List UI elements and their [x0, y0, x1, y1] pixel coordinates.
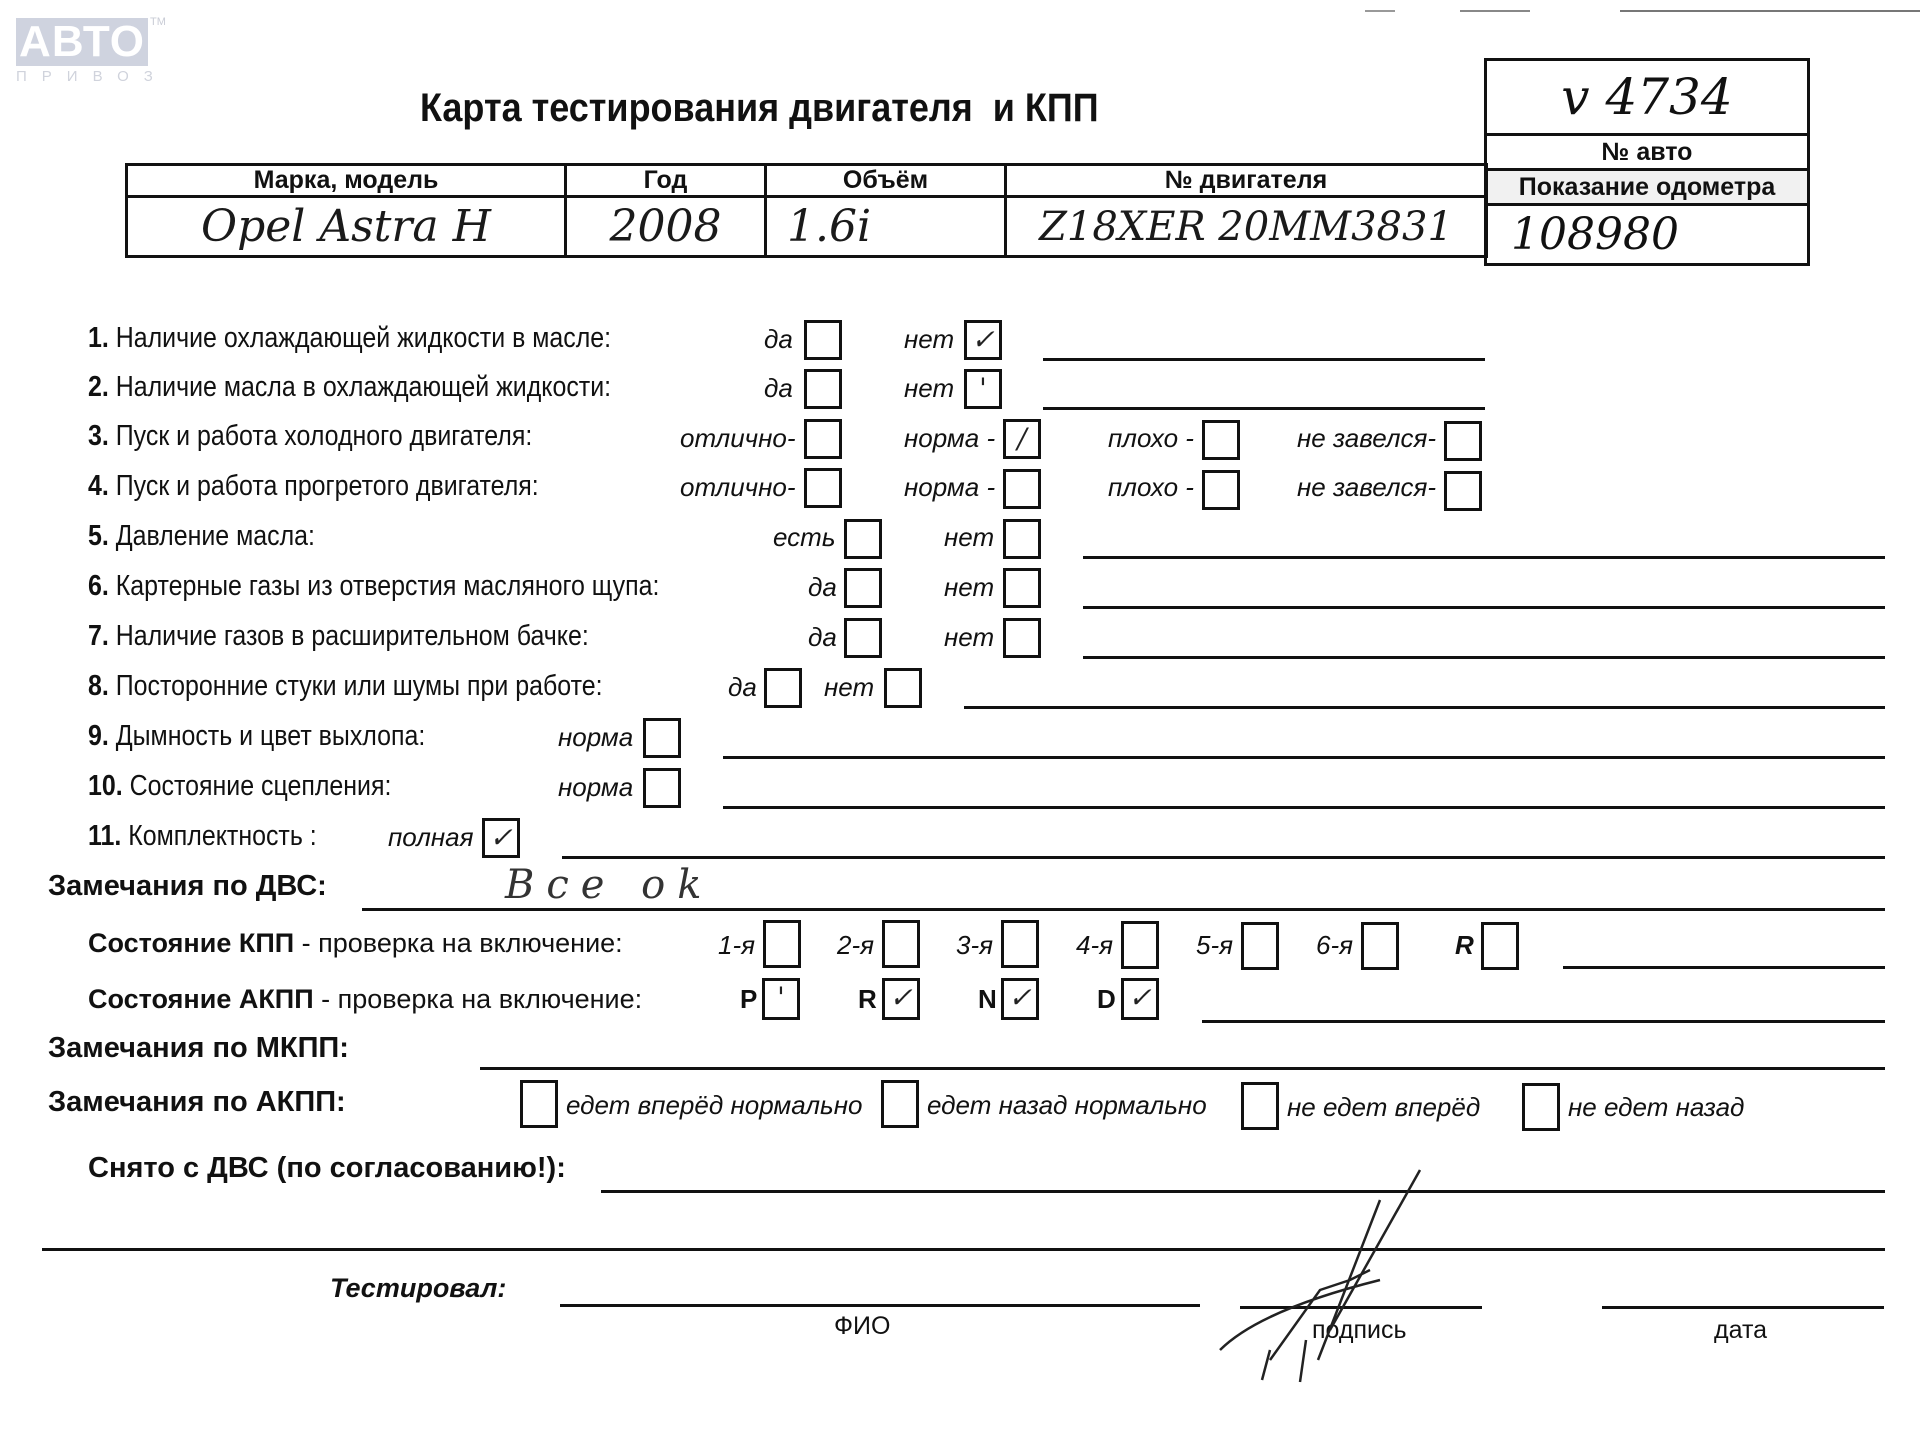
gear-p-label: P — [740, 984, 757, 1015]
question-4: 4. Пуск и работа прогретого двигателя: — [88, 470, 539, 503]
gear-n-checkbox[interactable]: ✓ — [1001, 978, 1039, 1020]
q11-option-complete-label: полная — [388, 822, 474, 853]
manual-gearbox-comment-line[interactable] — [1563, 966, 1885, 969]
tester-name-caption: ФИО — [834, 1312, 890, 1341]
akpp-reverse-ok-checkbox[interactable] — [881, 1080, 919, 1128]
q5-no-checkbox[interactable] — [1003, 519, 1041, 559]
auto-number-label: № авто — [1487, 136, 1807, 171]
q6-option-yes-label: да — [808, 572, 837, 603]
q4-option-excellent-label: отлично- — [680, 472, 796, 503]
q7-comment-line[interactable] — [1083, 656, 1885, 659]
akpp-no-forward-checkbox[interactable] — [1241, 1082, 1279, 1130]
akpp-reverse-ok-label: едет назад нормально — [927, 1090, 1207, 1121]
q2-no-checkbox[interactable]: ' — [964, 369, 1002, 409]
q1-option-no-label: нет — [904, 324, 954, 355]
scan-artifact — [1365, 10, 1395, 12]
engine-remarks-label: Замечания по ДВС: — [48, 870, 327, 903]
odometer-label: Показание одометра — [1487, 171, 1807, 206]
logo-trademark: TM — [150, 16, 166, 28]
q5-option-yes-label: есть — [773, 522, 836, 553]
q8-no-checkbox[interactable] — [884, 668, 922, 708]
q6-no-checkbox[interactable] — [1003, 568, 1041, 608]
akpp-forward-ok-label: едет вперёд нормально — [566, 1090, 862, 1121]
q3-option-not-started-label: не завелся- — [1297, 423, 1436, 454]
akpp-no-reverse-label: не едет назад — [1568, 1092, 1744, 1123]
q11-comment-line[interactable] — [562, 856, 1885, 859]
gear-n-label: N — [978, 984, 997, 1015]
year-value[interactable]: 2008 — [566, 197, 766, 257]
auto-gearbox-label: Состояние АКПП - проверка на включение: — [88, 984, 642, 1015]
autoprivoz-logo: АВТО — [16, 18, 148, 66]
gear-4-checkbox[interactable] — [1121, 921, 1159, 969]
removed-from-engine-label: Снято с ДВС (по согласованию!): — [88, 1152, 566, 1185]
q3-option-excellent-label: отлично- — [680, 423, 796, 454]
question-6: 6. Картерные газы из отверстия масляного… — [88, 570, 659, 603]
question-9: 9. Дымность и цвет выхлопа: — [88, 720, 425, 753]
q7-no-checkbox[interactable] — [1003, 618, 1041, 658]
gear-r-checkbox[interactable]: ✓ — [882, 978, 920, 1020]
logo-subtitle: ПРИВОЗ — [16, 68, 168, 85]
q2-yes-checkbox[interactable] — [804, 369, 842, 409]
q8-yes-checkbox[interactable] — [764, 668, 802, 708]
vehicle-info-table: Марка, модель Год Объём № двигателя Opel… — [125, 163, 1488, 258]
gear-reverse-checkbox[interactable] — [1481, 922, 1519, 970]
question-5: 5. Давление масла: — [88, 520, 315, 553]
q3-option-bad-label: плохо - — [1108, 423, 1194, 454]
date-caption: дата — [1714, 1316, 1767, 1345]
mkpp-remarks-label: Замечания по МКПП: — [48, 1032, 349, 1065]
q7-option-no-label: нет — [944, 622, 994, 653]
odometer-value[interactable]: 108980 — [1487, 206, 1807, 266]
q1-yes-checkbox[interactable] — [804, 320, 842, 360]
engine-remarks-value[interactable]: Все ok — [505, 862, 714, 908]
make-model-value[interactable]: Opel Astra H — [127, 197, 566, 257]
q4-not-started-checkbox[interactable] — [1444, 471, 1482, 511]
date-line[interactable] — [1602, 1306, 1884, 1309]
mkpp-remarks-line[interactable] — [480, 1067, 1885, 1070]
gear-d-checkbox[interactable]: ✓ — [1121, 978, 1159, 1020]
q3-not-started-checkbox[interactable] — [1444, 421, 1482, 461]
q8-option-yes-label: да — [728, 672, 757, 703]
auto-number-value[interactable]: v 4734 — [1487, 61, 1807, 136]
scan-artifact — [1460, 10, 1530, 12]
q7-yes-checkbox[interactable] — [844, 618, 882, 658]
question-3: 3. Пуск и работа холодного двигателя: — [88, 420, 532, 453]
q4-bad-checkbox[interactable] — [1202, 470, 1240, 510]
column-header-engine-number: № двигателя — [1006, 165, 1487, 197]
q1-option-yes-label: да — [764, 324, 793, 355]
q3-normal-checkbox[interactable]: / — [1003, 419, 1041, 459]
q2-option-no-label: нет — [904, 373, 954, 404]
q10-comment-line[interactable] — [723, 806, 1885, 809]
gear-r-label: R — [858, 984, 877, 1015]
engine-number-value[interactable]: Z18XER 20MM3831 — [1006, 197, 1487, 257]
q9-comment-line[interactable] — [723, 756, 1885, 759]
q1-comment-line[interactable] — [1043, 358, 1485, 361]
gear-1-label: 1-я — [718, 930, 755, 961]
q5-comment-line[interactable] — [1083, 556, 1885, 559]
q7-option-yes-label: да — [808, 622, 837, 653]
page-title: Карта тестирования двигателя и КПП — [420, 86, 1099, 131]
q10-option-normal-label: норма — [558, 772, 633, 803]
volume-value[interactable]: 1.6i — [766, 197, 1006, 257]
signature-icon — [1200, 1160, 1440, 1400]
gear-4-label: 4-я — [1076, 930, 1113, 961]
q9-normal-checkbox[interactable] — [643, 718, 681, 758]
akpp-remarks-label: Замечания по АКПП: — [48, 1086, 346, 1119]
q1-no-checkbox[interactable]: ✓ — [964, 320, 1002, 360]
question-2: 2. Наличие масла в охлаждающей жидкости: — [88, 371, 611, 404]
q4-option-normal-label: норма - — [904, 472, 995, 503]
gear-p-checkbox[interactable]: ' — [762, 978, 800, 1020]
q8-comment-line[interactable] — [964, 706, 1885, 709]
gear-2-label: 2-я — [837, 930, 874, 961]
q10-normal-checkbox[interactable] — [643, 768, 681, 808]
question-10: 10. Состояние сцепления: — [88, 770, 391, 803]
removed-from-engine-line-2[interactable] — [42, 1248, 1885, 1251]
akpp-forward-ok-checkbox[interactable] — [520, 1080, 558, 1128]
question-11: 11. Комплектность : — [88, 820, 317, 853]
manual-gearbox-label: Состояние КПП - проверка на включение: — [88, 928, 623, 959]
q11-complete-checkbox[interactable]: ✓ — [482, 818, 520, 858]
q8-option-no-label: нет — [824, 672, 874, 703]
q4-normal-checkbox[interactable] — [1003, 469, 1041, 509]
gear-reverse-label: R — [1455, 930, 1474, 961]
q5-yes-checkbox[interactable] — [844, 519, 882, 559]
column-header-make-model: Марка, модель — [127, 165, 566, 197]
question-1: 1. Наличие охлаждающей жидкости в масле: — [88, 322, 611, 355]
q4-option-bad-label: плохо - — [1108, 472, 1194, 503]
q4-option-not-started-label: не завелся- — [1297, 472, 1436, 503]
gear-3-label: 3-я — [956, 930, 993, 961]
akpp-no-reverse-checkbox[interactable] — [1522, 1083, 1560, 1131]
q2-comment-line[interactable] — [1043, 407, 1485, 410]
scan-artifact — [1620, 10, 1920, 12]
gear-3-checkbox[interactable] — [1001, 920, 1039, 968]
gear-5-label: 5-я — [1196, 930, 1233, 961]
akpp-no-forward-label: не едет вперёд — [1287, 1092, 1480, 1123]
engine-remarks-line[interactable] — [362, 908, 1885, 911]
gear-5-checkbox[interactable] — [1241, 922, 1279, 970]
column-header-volume: Объём — [766, 165, 1006, 197]
gear-6-checkbox[interactable] — [1361, 922, 1399, 970]
q3-bad-checkbox[interactable] — [1202, 420, 1240, 460]
gear-d-label: D — [1097, 984, 1116, 1015]
question-8: 8. Посторонние стуки или шумы при работе… — [88, 670, 603, 703]
q4-excellent-checkbox[interactable] — [804, 468, 842, 508]
gear-2-checkbox[interactable] — [882, 920, 920, 968]
tested-by-label: Тестировал: — [330, 1273, 506, 1304]
q3-excellent-checkbox[interactable] — [804, 419, 842, 459]
gear-1-checkbox[interactable] — [763, 920, 801, 968]
q6-option-no-label: нет — [944, 572, 994, 603]
q5-option-no-label: нет — [944, 522, 994, 553]
column-header-year: Год — [566, 165, 766, 197]
q9-option-normal-label: норма — [558, 722, 633, 753]
q6-comment-line[interactable] — [1083, 606, 1885, 609]
tester-name-line[interactable] — [560, 1304, 1200, 1307]
gear-6-label: 6-я — [1316, 930, 1353, 961]
q3-option-normal-label: норма - — [904, 423, 995, 454]
question-7: 7. Наличие газов в расширительном бачке: — [88, 620, 589, 653]
q6-yes-checkbox[interactable] — [844, 568, 882, 608]
auto-number-box: v 4734 № авто Показание одометра 108980 — [1484, 58, 1810, 266]
auto-gearbox-comment-line[interactable] — [1202, 1020, 1885, 1023]
q2-option-yes-label: да — [764, 373, 793, 404]
